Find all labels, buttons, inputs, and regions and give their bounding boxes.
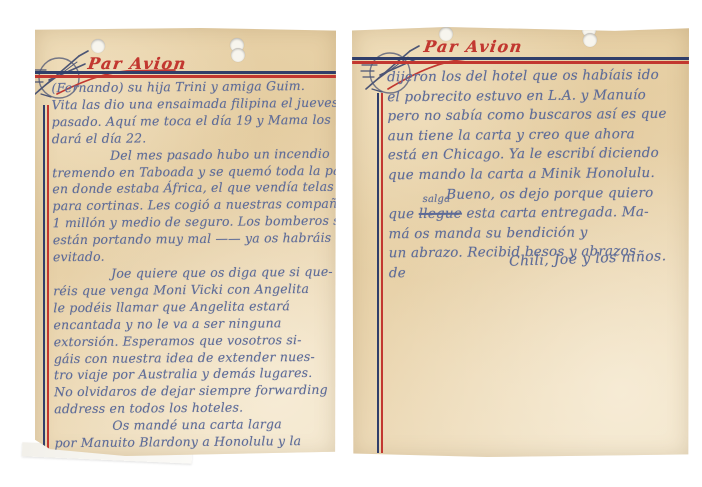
handwritten-line: má os manda su bendición y [388,222,684,244]
handwritten-line: réis que venga Moni Vicki con Angelita [53,281,333,300]
handwritten-line: Vita las dio una ensaimada filipina el j… [52,95,332,114]
punch-hole [231,48,245,62]
margin-stripe-red [381,93,383,453]
letterhead-rule-blue [35,71,336,74]
handwritten-line: extorsión. Esperamos que vosotros si- [54,331,334,350]
line-prefix: que [388,206,419,222]
punch-hole [91,39,105,53]
punch-hole [583,33,597,47]
handwritten-line-with-correction: que salgallegue esta carta entregada. Ma… [388,203,684,225]
handwritten-line: que mando la carta a Minik Honolulu. [388,164,684,186]
correction: salgallegue [419,205,462,225]
letter-page-1: Par Avion (Fernando) su hija Trini y ami… [35,28,336,456]
margin-stripe-red [47,105,49,452]
letter-page-2: Par Avion dijeron los del hotel que os h… [352,27,689,457]
handwritten-line: aun tiene la carta y creo que ahora [388,124,684,146]
margin-stripe-blue [43,105,45,452]
par-avion-wordmark: Par Avion [423,37,525,56]
letter-body: (Fernando) su hija Trini y amiga Guim. V… [51,78,334,452]
letterhead-rule-red [352,61,689,64]
handwritten-line: No olvidaros de dejar siempre forwarding [54,382,334,401]
margin-stripe-blue [377,93,379,453]
line-suffix: esta carta entregada. Ma- [462,204,649,222]
handwritten-line: pero no sabía como buscaros así es que [387,105,683,127]
scan-background: Par Avion (Fernando) su hija Trini y ami… [0,0,702,487]
handwritten-line: por Manuito Blardony a Honolulu y la [54,433,334,452]
handwritten-line: pasado. Aquí me toca el día 19 y Mama lo… [52,112,332,131]
letterhead-rule-blue [352,57,689,60]
inserted-word: salga [423,195,451,205]
handwritten-line: el pobrecito estuvo en L.A. y Manuío [387,85,683,107]
handwritten-line: está en Chicago. Ya le escribí diciendo [388,144,684,166]
handwritten-line: dijeron los del hotel que os habíais ido [387,66,683,88]
handwritten-line: Del mes pasado hubo un incendio [52,145,332,164]
handwritten-line: están portando muy mal —— ya os habráis [53,230,333,249]
struck-word: llegue [419,206,462,222]
